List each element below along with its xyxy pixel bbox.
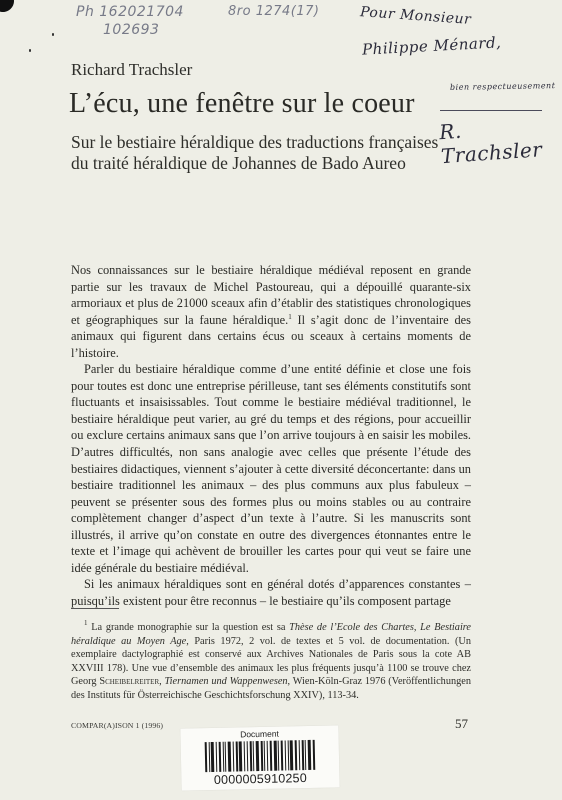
dedication-line-2: Philippe Ménard, [362, 33, 502, 58]
barcode-label: Document 0000005910250 [180, 725, 339, 790]
scanned-page: Ph 162021704 102693 8ro 1274(17) Pour Mo… [0, 0, 562, 800]
scan-speck [29, 49, 31, 52]
shelfmark-handwritten-3: 8ro 1274(17) [228, 4, 319, 19]
barcode-number: 0000005910250 [181, 770, 339, 787]
page-corner-shadow [0, 0, 18, 16]
journal-citation: COMPAR(A)ISON 1 (1996) [71, 721, 163, 730]
article-title: L’écu, une fenêtre sur le coeur [69, 88, 415, 120]
shelfmark-handwritten-2: 102693 [103, 22, 159, 38]
signature: R. Trachsler [438, 112, 562, 168]
footnote-separator [71, 608, 119, 609]
subtitle-line-1: Sur le bestiaire héraldique des traducti… [71, 132, 438, 153]
subtitle-line-2: du traité héraldique de Johannes de Bado… [71, 153, 438, 174]
body-paragraph-2: Parler du bestiaire héraldique comme d’u… [71, 361, 471, 576]
body-paragraph-1: Nos connaissances sur le bestiaire héral… [71, 262, 471, 361]
barcode-bars-icon [205, 740, 316, 772]
page-number: 57 [455, 716, 468, 732]
dedication-line-1: Pour Monsieur [360, 4, 472, 28]
article-author: Richard Trachsler [71, 60, 192, 80]
article-body: Nos connaissances sur le bestiaire héral… [71, 262, 471, 609]
footnote: 1 La grande monographie sur la question … [71, 621, 471, 703]
article-subtitle: Sur le bestiaire héraldique des traducti… [71, 132, 438, 174]
barcode-caption: Document [180, 727, 338, 740]
body-paragraph-3: Si les animaux héraldiques sont en génér… [71, 576, 471, 609]
signature-line [440, 110, 542, 111]
shelfmark-handwritten-1: Ph 162021704 [76, 4, 184, 20]
scan-speck [52, 33, 54, 36]
dedication-line-3: bien respectueusement [450, 81, 556, 92]
